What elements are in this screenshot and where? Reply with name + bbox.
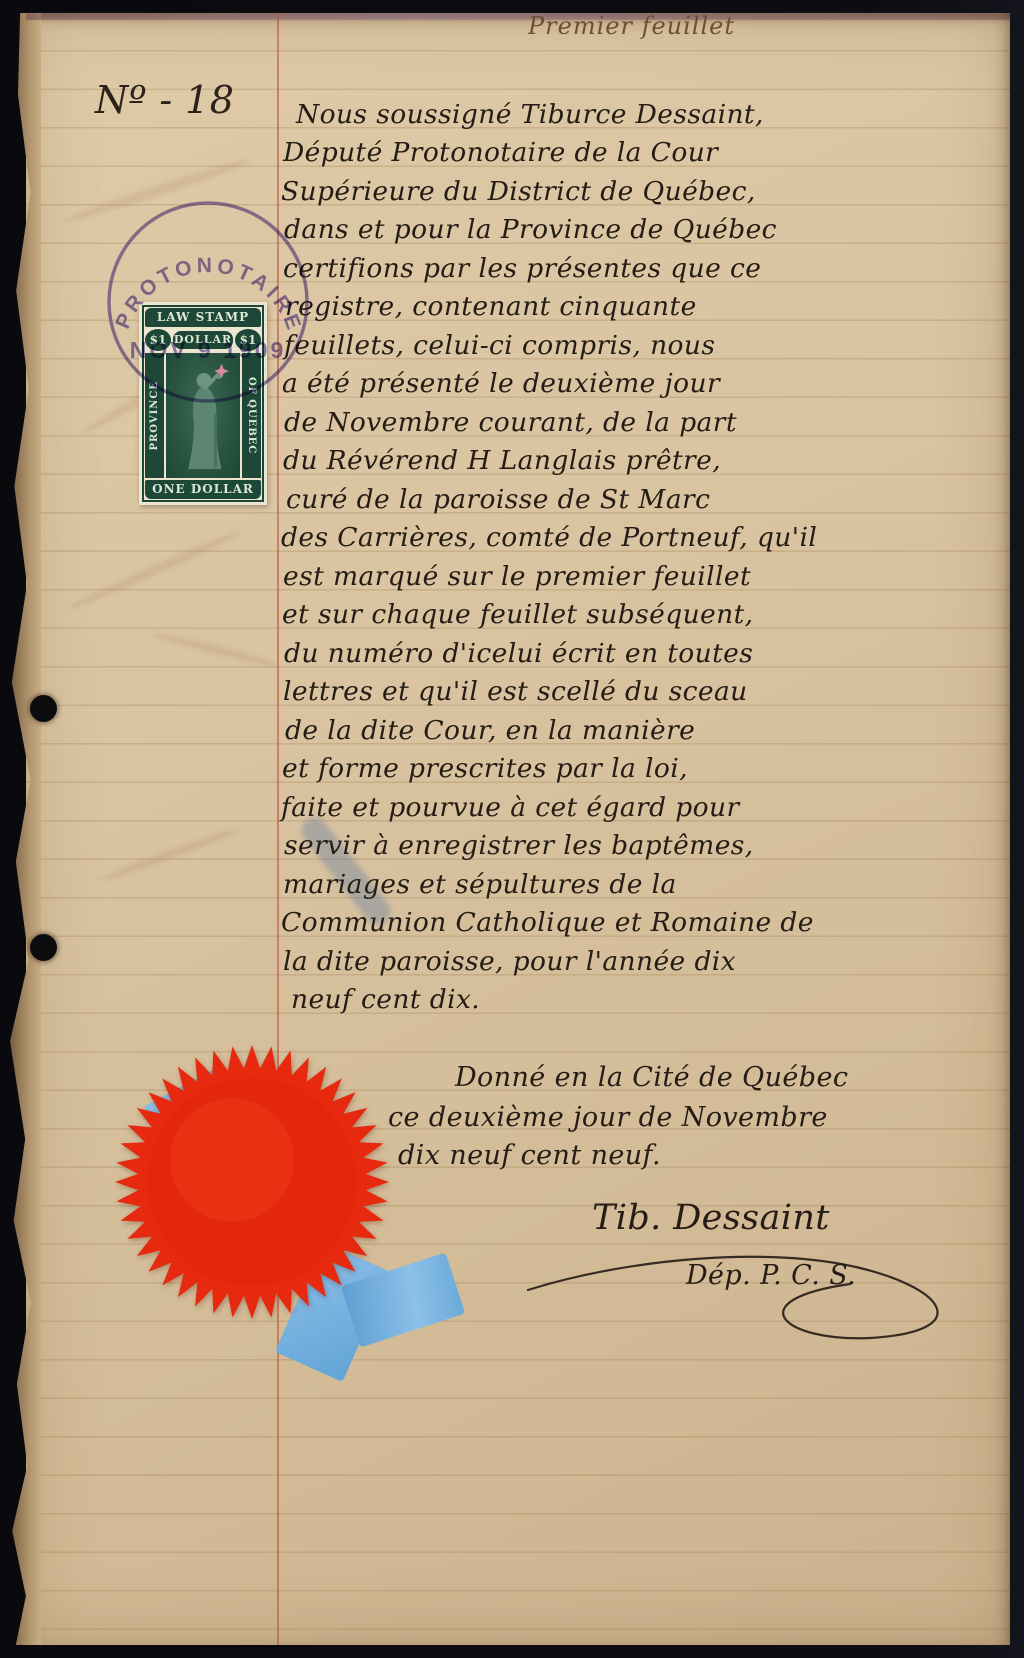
protonotaire-arc-text: PROTONOTAIRE <box>111 254 306 336</box>
red-wax-seal <box>112 1042 392 1322</box>
body-line: du Révérend H Langlais prêtre, <box>283 445 721 476</box>
body-line: mariages et sépultures de la <box>283 869 677 900</box>
body-line: certifions par les présentes que ce <box>283 253 761 284</box>
binding-hole-bottom <box>30 934 57 961</box>
body-line: servir à enregistrer les baptêmes, <box>284 830 754 861</box>
body-line: curé de la paroisse de St Marc <box>286 484 710 515</box>
body-line: Nous soussigné Tiburce Dessaint, <box>296 99 764 130</box>
law-stamp-value: ONE DOLLAR <box>145 480 261 499</box>
signature-title: Dép. P. C. S. <box>686 1260 856 1291</box>
body-line: dans et pour la Province de Québec <box>284 214 777 245</box>
body-line: Député Protonotaire de la Cour <box>283 137 718 168</box>
body-line: des Carrières, comté de Portneuf, qu'il <box>281 522 817 553</box>
closing-line: Donné en la Cité de Québec <box>455 1062 848 1093</box>
document-number: Nº - 18 <box>95 78 234 122</box>
body-line: du numéro d'icelui écrit en toutes <box>284 638 753 669</box>
body-line: et sur chaque feuillet subséquent, <box>282 599 753 630</box>
page-top-edge <box>26 13 1010 20</box>
binding-hole-top <box>30 695 57 722</box>
body-line: la dite paroisse, pour l'année dix <box>283 946 736 977</box>
body-line: Supérieure du District de Québec, <box>281 176 756 207</box>
body-line: et forme prescrites par la loi, <box>282 753 688 784</box>
body-line: registre, contenant cinquante <box>285 291 697 322</box>
stamp-date: NOV 9 1909 <box>130 337 287 363</box>
body-line: Communion Catholique et Romaine de <box>281 907 814 938</box>
header-note: Premier feuillet <box>528 12 735 40</box>
protonotaire-stamp: PROTONOTAIRE NOV 9 1909 <box>92 186 324 418</box>
body-line: neuf cent dix. <box>291 984 480 1015</box>
signature-name: Tib. Dessaint <box>592 1198 830 1238</box>
body-line: de la dite Cour, en la manière <box>285 715 695 746</box>
body-line: lettres et qu'il est scellé du sceau <box>283 676 748 707</box>
closing-line: ce deuxième jour de Novembre <box>388 1102 828 1133</box>
body-line: est marqué sur le premier feuillet <box>283 561 751 592</box>
body-line: de Novembre courant, de la part <box>284 407 737 438</box>
torn-binding-edge <box>5 13 41 1645</box>
body-line: a été présenté le deuxième jour <box>282 368 720 399</box>
closing-line: dix neuf cent neuf. <box>398 1140 661 1171</box>
body-line: faite et pourvue à cet égard pour <box>281 792 740 823</box>
body-line: feuillets, celui-ci compris, nous <box>284 330 715 361</box>
